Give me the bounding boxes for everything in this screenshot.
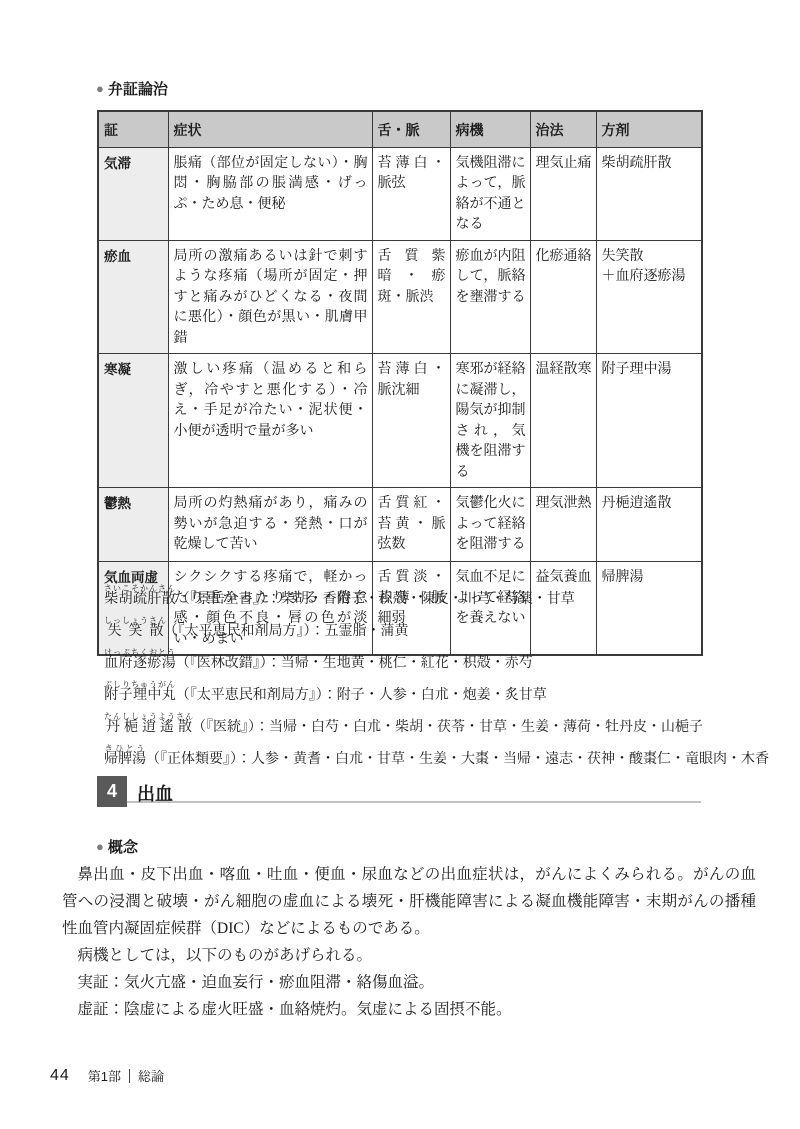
cell-mechanism: 寒邪が経絡に凝滞し，陽気が抑制され，気機を阻滞する: [450, 354, 530, 488]
table-row: 寒凝激しい疼痛（温めると和らぎ，冷やすと悪化する）・冷え・手足が冷たい・泥状便・…: [98, 354, 702, 488]
formula-reading: さいこそかんさん: [104, 584, 176, 593]
heading-concept-label: 概念: [108, 836, 138, 857]
cell-mechanism: 気鬱化火によって経絡を阻滞する: [450, 488, 530, 562]
formula-list: 柴胡疏肝散さいこそかんさん（『景岳全書』）：柴胡・香附子・枳殻・陳皮・川芎・芍薬…: [104, 584, 769, 776]
cell-treatment: 化瘀通絡: [530, 240, 596, 354]
page-number: 44: [50, 1067, 70, 1085]
cell-mechanism: 瘀血が内阻して，脈絡を壅滞する: [450, 240, 530, 354]
cell-pattern: 寒凝: [98, 354, 168, 488]
table-header-row: 証症状舌・脈病機治法方剤: [98, 111, 702, 147]
footer-part: 第1部: [88, 1066, 121, 1085]
cell-symptoms: 局所の激痛あるいは針で刺すような疼痛（場所が固定・押すと痛みがひどくなる・夜間に…: [168, 240, 372, 354]
cell-formula: 丹梔逍遙散: [596, 488, 702, 562]
footer-chapter: 総論: [138, 1066, 164, 1085]
table-row: 気滞脹痛（部位が固定しない）・胸悶・胸脇部の脹満感・げっぷ・ため息・便秘苔薄白・…: [98, 147, 702, 240]
cell-symptoms: 脹痛（部位が固定しない）・胸悶・胸脇部の脹満感・げっぷ・ため息・便秘: [168, 147, 372, 240]
table-body: 気滞脹痛（部位が固定しない）・胸悶・胸脇部の脹満感・げっぷ・ため息・便秘苔薄白・…: [98, 147, 702, 655]
cell-treatment: 温経散寒: [530, 354, 596, 488]
cell-tongue-pulse: 苔薄白・脈沈細: [372, 354, 450, 488]
formula-name: 丹梔逍遙散たんししょうようさん: [104, 720, 192, 735]
formula-reading: たんししょうようさん: [104, 712, 194, 721]
formula-reading: しっしょうさん: [104, 616, 167, 625]
formula-name: 帰脾湯きひとう: [104, 752, 146, 767]
formula-details: （『太平恵民和剤局方』）：附子・人参・白朮・炮姜・炙甘草: [176, 688, 547, 703]
page-footer: 44 第1部 総論: [50, 1066, 164, 1085]
section-title: 出血: [137, 780, 173, 806]
formula-reading: きひとう: [104, 744, 146, 753]
formula-line: 失笑散しっしょうさん（『太平恵民和剤局方』）：五霊脂・蒲黄: [104, 616, 769, 642]
cell-pattern: 気滞: [98, 147, 168, 240]
formula-name: 血府逐瘀湯けっぷちくおとう: [104, 656, 176, 671]
formula-details: （『医統』）：当帰・白芍・白朮・柴胡・茯苓・甘草・生姜・薄荷・牡丹皮・山梔子: [192, 720, 703, 735]
cell-formula: 附子理中湯: [596, 354, 702, 488]
paragraph: 鼻出血・皮下出血・喀血・吐血・便血・尿血などの出血症状は，がんによくみられる。が…: [62, 861, 756, 942]
table-header: 証症状舌・脈病機治法方剤: [98, 111, 702, 147]
paragraph: 実証：気火亢盛・迫血妄行・瘀血阻滞・絡傷血溢。: [62, 969, 756, 996]
formula-line: 丹梔逍遙散たんししょうようさん（『医統』）：当帰・白芍・白朮・柴胡・茯苓・甘草・…: [104, 712, 769, 738]
pattern-differentiation-table: 証症状舌・脈病機治法方剤 気滞脹痛（部位が固定しない）・胸悶・胸脇部の脹満感・げ…: [97, 110, 703, 656]
section-rule: [97, 801, 701, 803]
heading-benshou-ronchi: ● 弁証論治: [96, 78, 168, 99]
cell-treatment: 理気止痛: [530, 147, 596, 240]
cell-treatment: 理気泄熱: [530, 488, 596, 562]
cell-mechanism: 気機阻滞によって，脈絡が不通となる: [450, 147, 530, 240]
bullet-icon: ●: [96, 82, 104, 95]
cell-pattern: 鬱熱: [98, 488, 168, 562]
table-header-cell: 病機: [450, 111, 530, 147]
cell-formula: 柴胡疏肝散: [596, 147, 702, 240]
footer-divider: [129, 1069, 130, 1083]
formula-line: 帰脾湯きひとう（『正体類要』）：人参・黄耆・白朮・甘草・生姜・大棗・当帰・遠志・…: [104, 744, 769, 770]
formula-name: 失笑散しっしょうさん: [104, 624, 164, 639]
cell-tongue-pulse: 舌質紫暗・瘀斑・脈渋: [372, 240, 450, 354]
formula-details: （『太平恵民和剤局方』）：五霊脂・蒲黄: [164, 624, 409, 639]
cell-symptoms: 激しい疼痛（温めると和らぎ，冷やすと悪化する）・冷え・手足が冷たい・泥状便・小便…: [168, 354, 372, 488]
bullet-icon: ●: [96, 840, 104, 853]
table-header-cell: 舌・脈: [372, 111, 450, 147]
cell-symptoms: 局所の灼熱痛があり，痛みの勢いが急迫する・発熱・口が乾燥して苦い: [168, 488, 372, 562]
cell-tongue-pulse: 舌質紅・苔黄・脈弦数: [372, 488, 450, 562]
table-header-cell: 症状: [168, 111, 372, 147]
formula-name: 附子理中丸ぶしりちゅうがん: [104, 688, 176, 703]
cell-pattern: 瘀血: [98, 240, 168, 354]
section-number-badge: 4: [97, 776, 127, 807]
table-row: 瘀血局所の激痛あるいは針で刺すような疼痛（場所が固定・押すと痛みがひどくなる・夜…: [98, 240, 702, 354]
formula-line: 柴胡疏肝散さいこそかんさん（『景岳全書』）：柴胡・香附子・枳殻・陳皮・川芎・芍薬…: [104, 584, 769, 610]
table-row: 鬱熱局所の灼熱痛があり，痛みの勢いが急迫する・発熱・口が乾燥して苦い舌質紅・苔黄…: [98, 488, 702, 562]
cell-formula: 失笑散 ＋血府逐瘀湯: [596, 240, 702, 354]
formula-details: （『景岳全書』）：柴胡・香附子・枳殻・陳皮・川芎・芍薬・甘草: [176, 592, 575, 607]
table-header-cell: 治法: [530, 111, 596, 147]
paragraph: 病機としては，以下のものがあげられる。: [62, 942, 756, 969]
formula-details: （『医林改錯』）：当帰・生地黄・桃仁・紅花・枳殻・赤芍: [176, 656, 533, 671]
formula-reading: けっぷちくおとう: [104, 648, 176, 657]
cell-tongue-pulse: 苔薄白・脈弦: [372, 147, 450, 240]
table-header-cell: 方剤: [596, 111, 702, 147]
formula-reading: ぶしりちゅうがん: [104, 680, 176, 689]
table-header-cell: 証: [98, 111, 168, 147]
concept-paragraphs: 鼻出血・皮下出血・喀血・吐血・便血・尿血などの出血症状は，がんによくみられる。が…: [62, 861, 756, 1023]
paragraph: 虚証：陰虚による虚火旺盛・血絡焼灼。気虚による固摂不能。: [62, 996, 756, 1023]
heading-benshou-label: 弁証論治: [108, 78, 168, 99]
formula-line: 附子理中丸ぶしりちゅうがん（『太平恵民和剤局方』）：附子・人参・白朮・炮姜・炙甘…: [104, 680, 769, 706]
heading-concept: ● 概念: [96, 836, 138, 857]
formula-line: 血府逐瘀湯けっぷちくおとう（『医林改錯』）：当帰・生地黄・桃仁・紅花・枳殻・赤芍: [104, 648, 769, 674]
formula-details: （『正体類要』）：人参・黄耆・白朮・甘草・生姜・大棗・当帰・遠志・茯神・酸棗仁・…: [146, 752, 769, 767]
page: ● 弁証論治 証症状舌・脈病機治法方剤 気滞脹痛（部位が固定しない）・胸悶・胸脇…: [0, 0, 800, 1129]
formula-name: 柴胡疏肝散さいこそかんさん: [104, 592, 176, 607]
